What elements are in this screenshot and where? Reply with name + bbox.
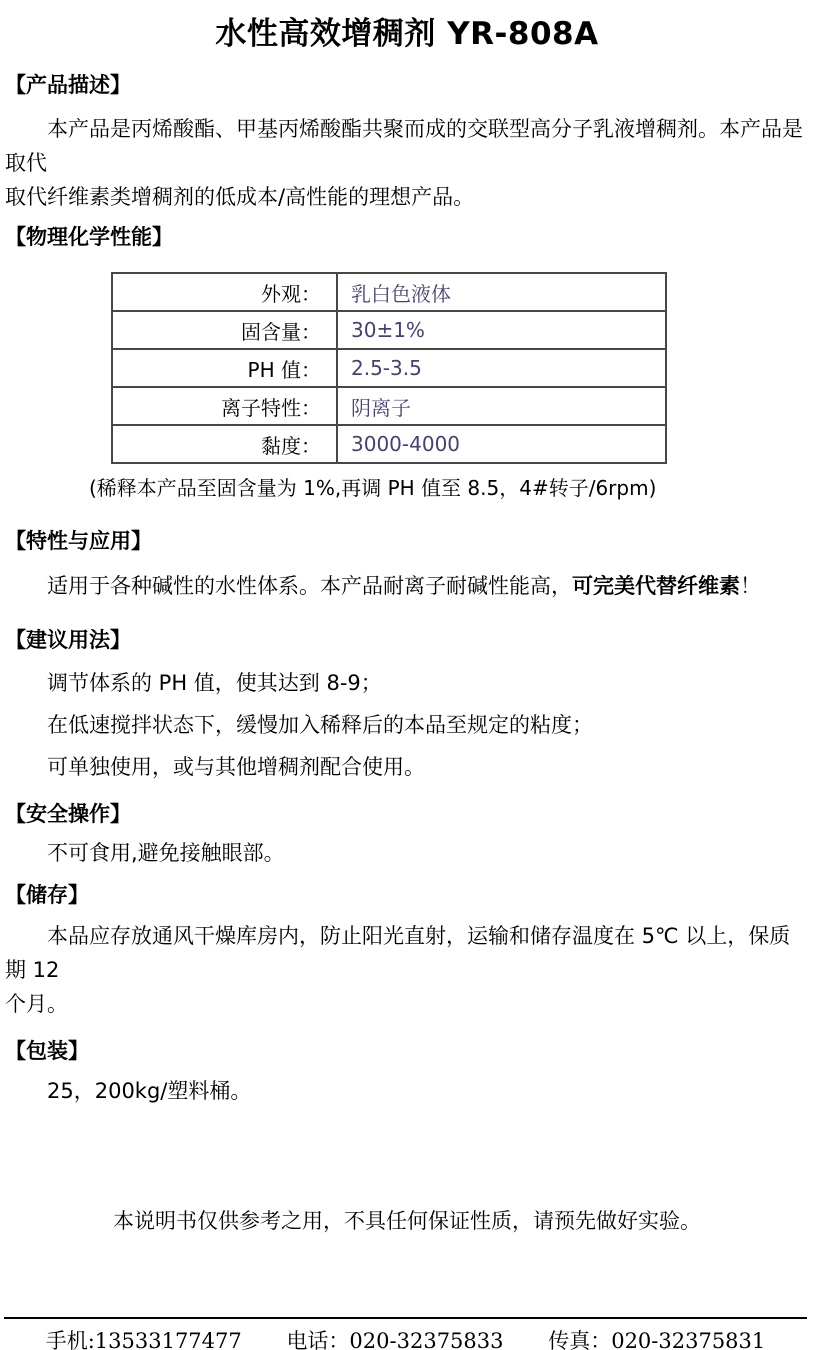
features-exclamation: ！ [740, 574, 761, 598]
usage-item-2: 在低速搅拌状态下，缓慢加入稀释后的本品至规定的粘度； [5, 712, 809, 738]
section-heading-product-desc: 【产品描述】 [5, 71, 809, 99]
spec-row-viscosity: 黏度： 3000-4000 [112, 425, 666, 463]
section-heading-usage: 【建议用法】 [5, 626, 809, 654]
usage-item-3: 可单独使用，或与其他增稠剂配合使用。 [5, 754, 809, 780]
spec-value: 阴离子 [337, 387, 666, 425]
footer-contact-bar: 手机:13533177477 电话：020-32375833 传真：020-32… [4, 1317, 807, 1350]
usage-item-1: 调节体系的 PH 值，使其达到 8-9； [5, 670, 809, 696]
footer-phone: 电话：020-32375833 [286, 1329, 503, 1350]
packaging-paragraph: 25，200kg/塑料桶。 [5, 1078, 809, 1104]
spec-label: PH 值： [112, 349, 337, 387]
page-title: 水性高效增稠剂 YR-808A [5, 0, 809, 53]
spec-row-appearance: 外观： 乳白色液体 [112, 273, 666, 311]
storage-line-1: 本品应存放通风干燥库房内，防止阳光直射，运输和储存温度在 5℃ 以上，保质期 1… [5, 919, 809, 987]
spec-row-solid-content: 固含量： 30±1% [112, 311, 666, 349]
footer-fax: 传真：020-32375831 [548, 1329, 765, 1350]
safety-paragraph: 不可食用,避免接触眼部。 [5, 840, 809, 866]
disclaimer-text: 本说明书仅供参考之用，不具任何保证性质，请预先做好实验。 [0, 1205, 814, 1235]
spec-label: 离子特性： [112, 387, 337, 425]
features-paragraph: 适用于各种碱性的水性体系。本产品耐离子耐碱性能高，可完美代替纤维素！ [5, 569, 809, 603]
spec-table-note: (稀释本产品至固含量为 1%,再调 PH 值至 8.5，4#转子/6rpm) [89, 475, 809, 501]
features-bold-text: 可完美代替纤维素 [572, 574, 740, 598]
spec-row-ionic: 离子特性： 阴离子 [112, 387, 666, 425]
document-page: 水性高效增稠剂 YR-808A 【产品描述】 本产品是丙烯酸酯、甲基丙烯酸酯共聚… [0, 0, 814, 1350]
features-text: 适用于各种碱性的水性体系。本产品耐离子耐碱性能高， [47, 574, 572, 598]
spec-row-ph: PH 值： 2.5-3.5 [112, 349, 666, 387]
section-heading-packaging: 【包装】 [5, 1037, 809, 1065]
section-heading-safety: 【安全操作】 [5, 800, 809, 828]
spec-label: 外观： [112, 273, 337, 311]
product-desc-line-2: 取代纤维素类增稠剂的低成本/高性能的理想产品。 [5, 180, 809, 214]
spec-value: 2.5-3.5 [337, 349, 666, 387]
spec-value: 3000-4000 [337, 425, 666, 463]
storage-line-2: 个月。 [5, 987, 809, 1021]
section-heading-storage: 【储存】 [5, 881, 809, 909]
spec-value: 乳白色液体 [337, 273, 666, 311]
section-heading-physical: 【物理化学性能】 [5, 223, 809, 251]
footer-mobile: 手机:13533177477 [46, 1329, 242, 1350]
spec-label: 固含量： [112, 311, 337, 349]
spec-value: 30±1% [337, 311, 666, 349]
spec-table: 外观： 乳白色液体 固含量： 30±1% PH 值： 2.5-3.5 离子特性：… [111, 272, 667, 464]
spec-label: 黏度： [112, 425, 337, 463]
section-heading-features: 【特性与应用】 [5, 527, 809, 555]
product-desc-line-1: 本产品是丙烯酸酯、甲基丙烯酸酯共聚而成的交联型高分子乳液增稠剂。本产品是取代 [5, 112, 809, 180]
